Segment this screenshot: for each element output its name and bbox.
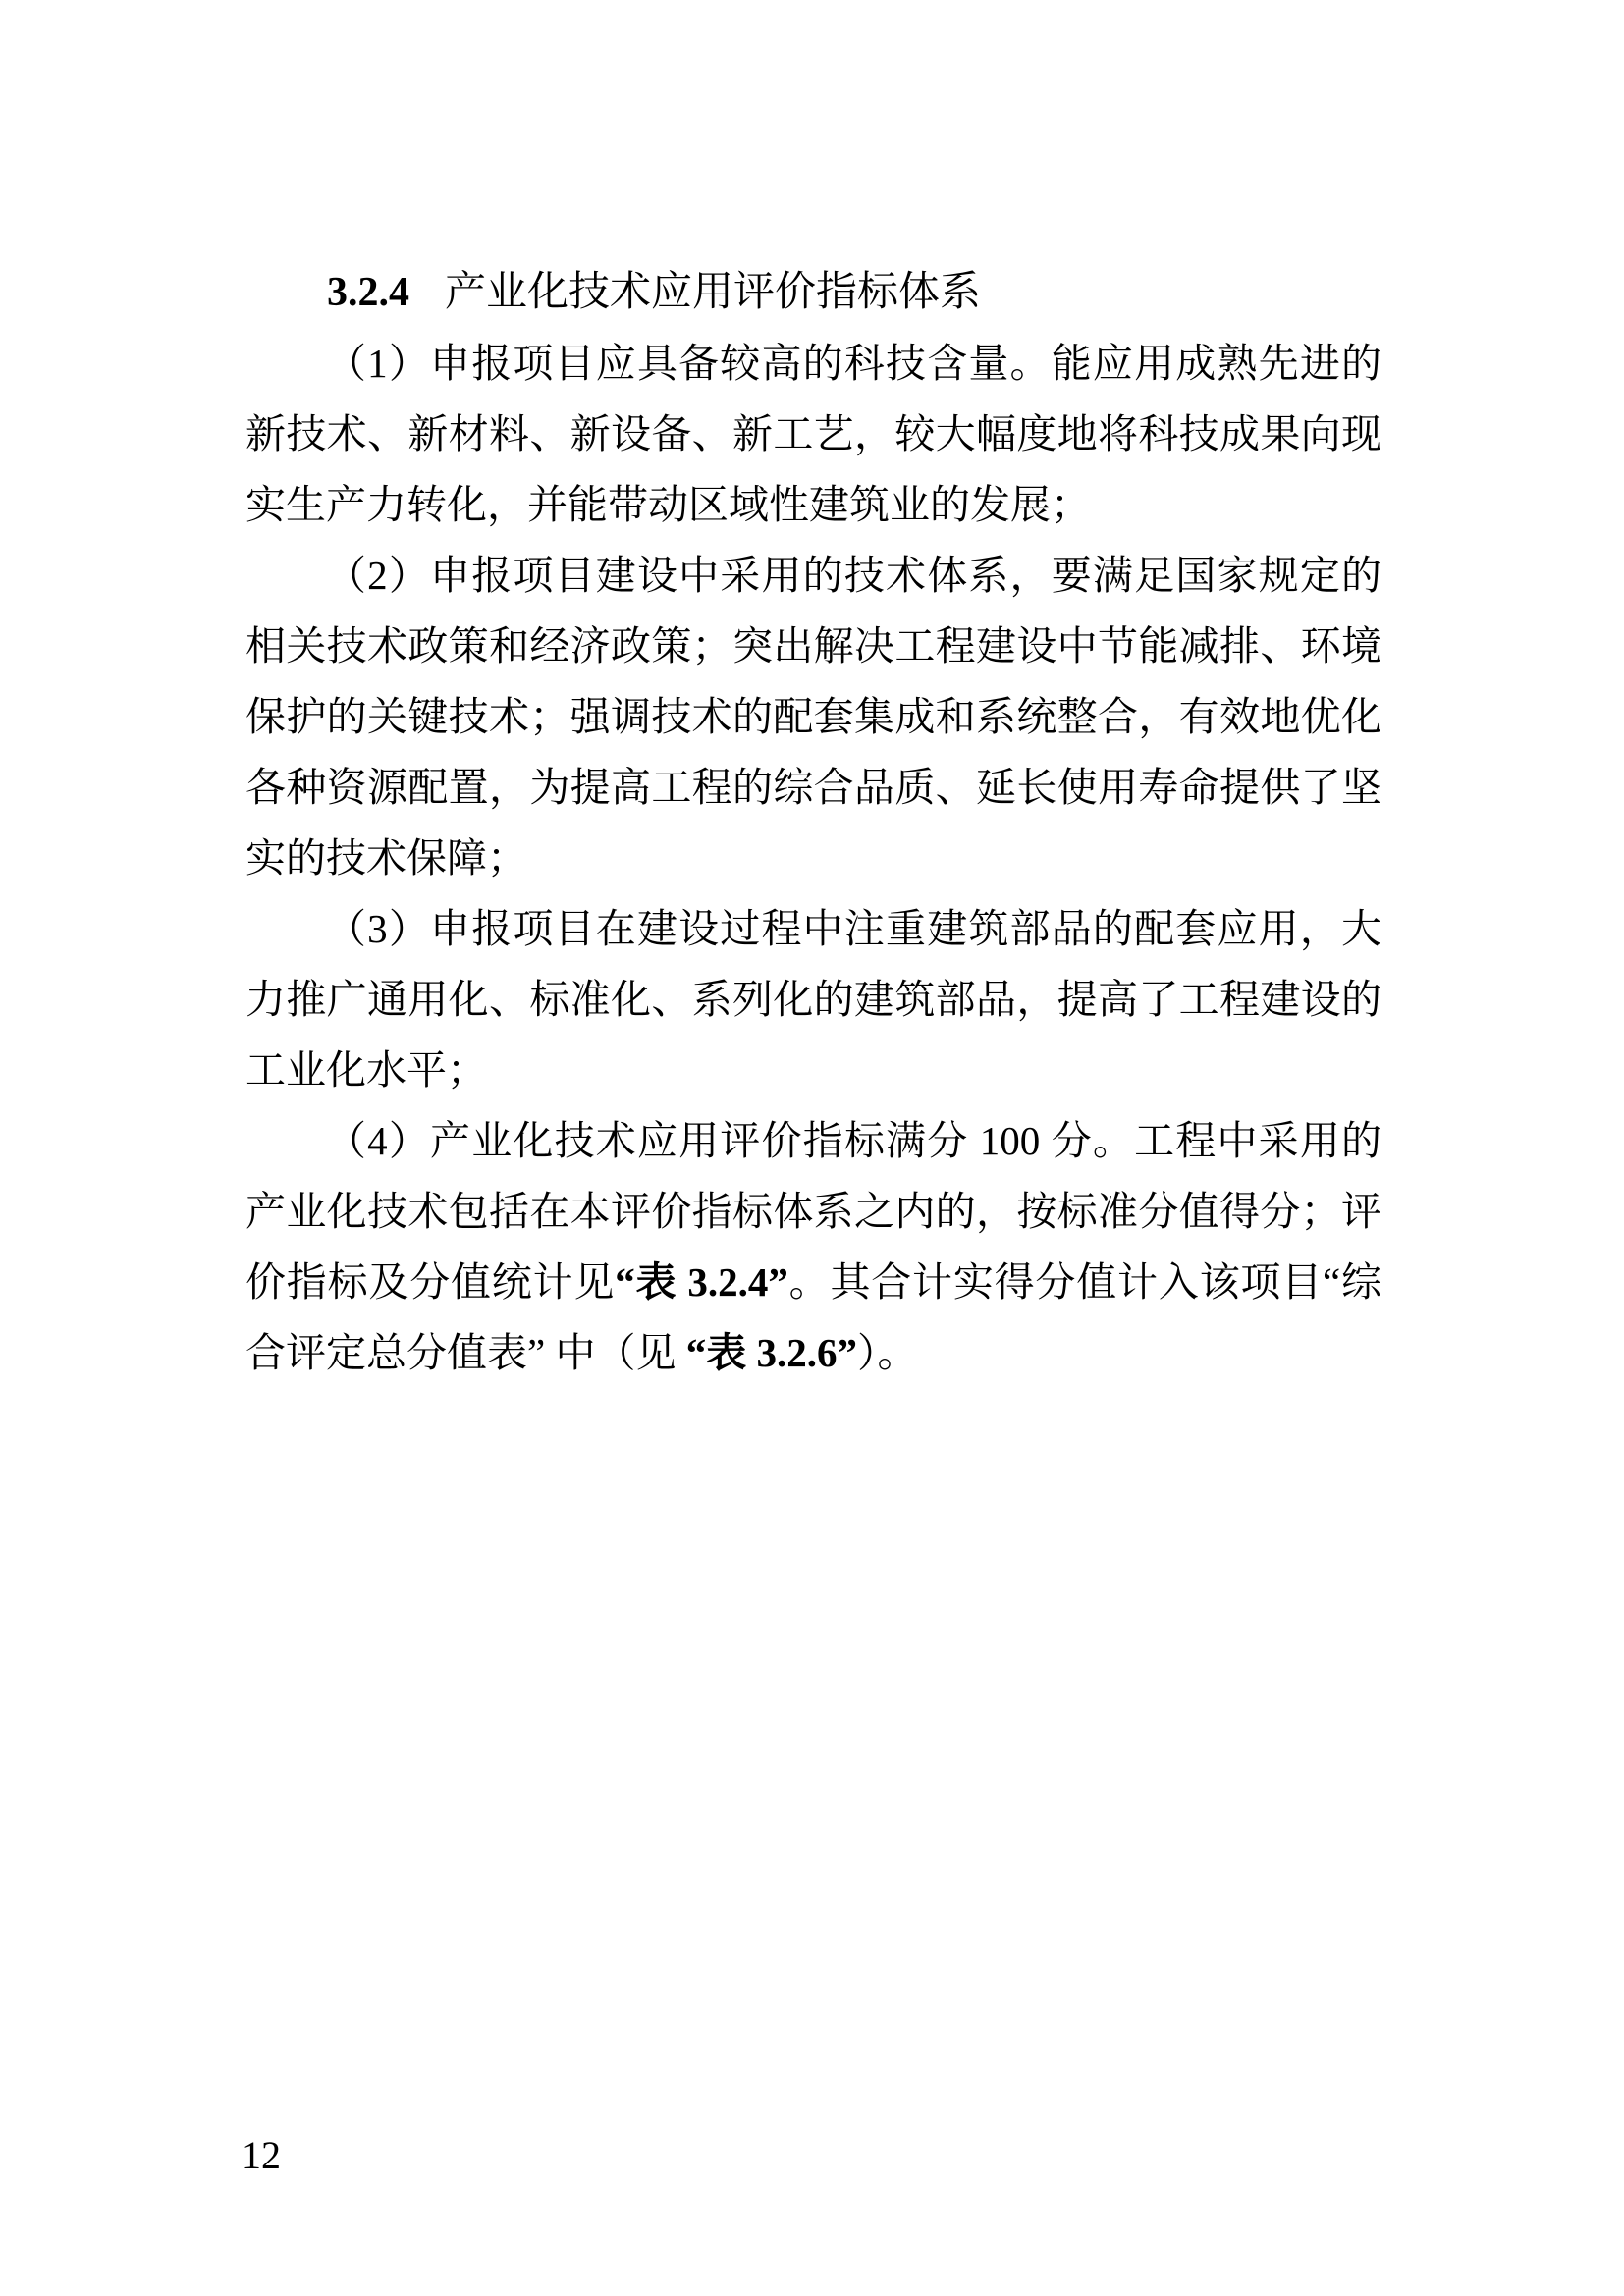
- paragraph-2: （2）申报项目建设中采用的技术体系，要满足国家规定的相关技术政策和经济政策；突出…: [245, 540, 1381, 893]
- table-ref-3-2-6: “表 3.2.6”: [686, 1330, 857, 1375]
- paragraph-4: （4）产业化技术应用评价指标满分 100 分。工程中采用的产业化技术包括在本评价…: [245, 1105, 1381, 1388]
- paragraph-1: （1）申报项目应具备较高的科技含量。能应用成熟先进的新技术、新材料、新设备、新工…: [245, 328, 1381, 540]
- table-ref-3-2-4: “表 3.2.4”: [615, 1259, 788, 1305]
- paragraph-4-text: ）。: [857, 1330, 918, 1375]
- section-heading: 3.2.4产业化技术应用评价指标体系: [245, 257, 1381, 328]
- text-block: 3.2.4产业化技术应用评价指标体系 （1）申报项目应具备较高的科技含量。能应用…: [245, 257, 1381, 1388]
- section-number: 3.2.4: [327, 270, 409, 315]
- paragraph-3: （3）申报项目在建设过程中注重建筑部品的配套应用，大力推广通用化、标准化、系列化…: [245, 893, 1381, 1105]
- section-title: 产业化技术应用评价指标体系: [445, 270, 981, 315]
- page-number: 12: [242, 2132, 281, 2179]
- document-page: 3.2.4产业化技术应用评价指标体系 （1）申报项目应具备较高的科技含量。能应用…: [0, 0, 1624, 2296]
